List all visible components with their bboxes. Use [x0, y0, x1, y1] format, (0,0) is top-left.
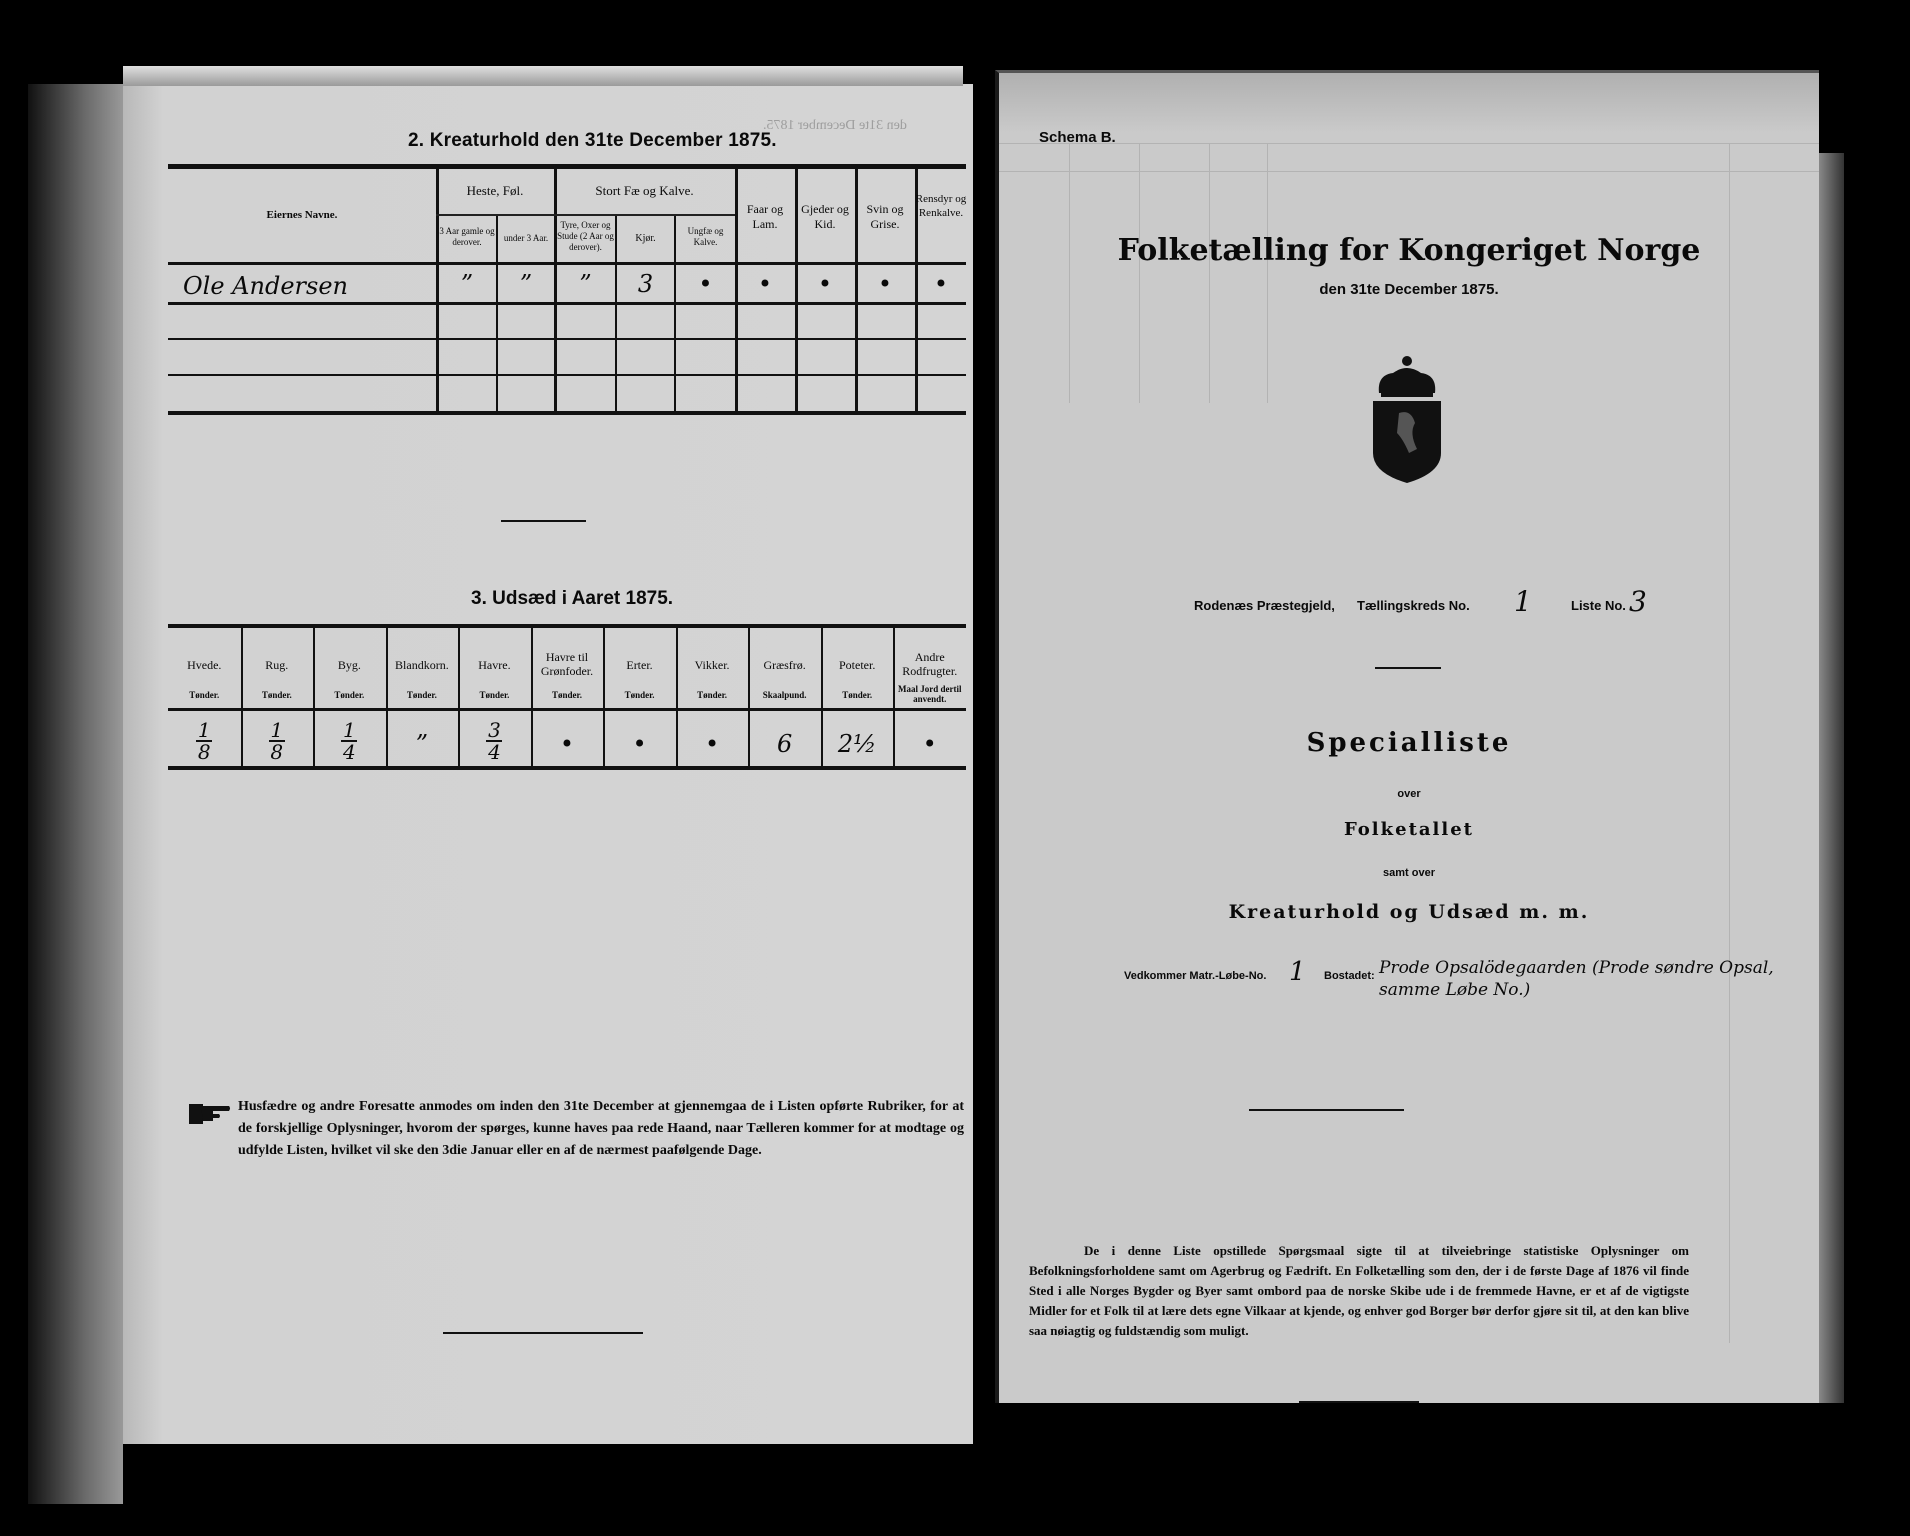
seed-header: Erter.: [603, 658, 676, 672]
header-horses-under3: under 3 Aar.: [498, 232, 554, 245]
seed-value: ”: [386, 730, 459, 758]
header-horses-group: Heste, Føl.: [436, 184, 554, 197]
header-pigs: Svin og Grise.: [855, 202, 915, 232]
seed-header: Havre til Grønfoder.: [531, 650, 604, 678]
table-top-rule: [168, 164, 966, 169]
seed-header: Andre Rodfrugter.: [893, 650, 966, 678]
header-sheep: Faar og Lam.: [735, 202, 795, 232]
separator-rule: [1375, 667, 1441, 669]
list-value: 3: [1629, 585, 1647, 618]
page-stack-edge: [1819, 153, 1844, 1403]
bottom-separator: [1299, 1401, 1419, 1403]
seed-header: Rug.: [241, 658, 314, 672]
table3-header-rule: [168, 708, 966, 711]
cell-sheep: •: [735, 270, 795, 298]
section2-title: 2. Kreaturhold den 31te December 1875.: [408, 130, 777, 152]
seed-value: 14: [313, 720, 386, 762]
fraction-numerator: 1: [269, 720, 285, 742]
cell-cattle-bulls: ”: [556, 270, 615, 298]
fraction-numerator: 1: [196, 720, 212, 742]
subtitle-specialliste: Specialliste: [999, 728, 1819, 758]
subheader-rule: [436, 214, 735, 216]
header-owner: Eiernes Navne.: [168, 209, 436, 222]
ghost-grid: [1139, 143, 1140, 403]
table-row-rule: [168, 374, 966, 376]
seed-header: Byg.: [313, 658, 386, 672]
seed-unit: Tønder.: [386, 690, 459, 700]
cell-cattle-cows: 3: [617, 270, 674, 298]
seed-header: Hvede.: [168, 658, 241, 672]
header-goats: Gjeder og Kid.: [795, 202, 855, 232]
fraction-denominator: 8: [241, 742, 314, 762]
header-reindeer: Rensdyr og Renkalve.: [915, 192, 967, 220]
seed-unit: Tønder.: [313, 690, 386, 700]
header-horses-3plus: 3 Aar gamle og derover.: [438, 226, 496, 248]
separator-rule: [1249, 1109, 1404, 1111]
seed-header: Vikker.: [676, 658, 749, 672]
section3-title: 3. Udsæd i Aaret 1875.: [471, 588, 673, 610]
fraction-denominator: 4: [458, 742, 531, 762]
fraction-numerator: 3: [486, 720, 502, 742]
book-spine: [28, 84, 123, 1504]
seed-header: Blandkorn.: [386, 658, 459, 672]
seed-unit: Tønder.: [458, 690, 531, 700]
parish-label: Rodenæs Præstegjeld,: [1194, 598, 1335, 613]
seed-value: •: [603, 730, 676, 758]
matr-value: 1: [1289, 957, 1306, 987]
seed-value: 18: [168, 720, 241, 762]
subtitle-samt-over: samt over: [999, 867, 1819, 879]
seed-unit: Skaalpund.: [748, 690, 821, 700]
bottom-separator: [443, 1332, 643, 1334]
ghost-grid: [1267, 143, 1268, 403]
seed-unit: Tønder.: [603, 690, 676, 700]
section-separator: [501, 520, 586, 522]
ghost-grid: [1069, 143, 1070, 403]
ghost-grid: [1209, 143, 1210, 403]
seed-header: Havre.: [458, 658, 531, 672]
district-value: 1: [1514, 585, 1532, 618]
seed-value: •: [676, 730, 749, 758]
cell-pigs: •: [855, 270, 915, 298]
subtitle-kreaturhold: Kreaturhold og Udsæd m. m.: [999, 901, 1819, 923]
owner-name: Ole Andersen: [183, 272, 348, 300]
cell-horses-3plus: ”: [438, 270, 496, 298]
district-label: Tællingskreds No.: [1357, 598, 1470, 613]
census-date: den 31te December 1875.: [999, 281, 1819, 298]
pointing-hand-icon: [189, 1102, 231, 1131]
residence-value: Prode Opsalödegaarden (Prode søndre Opsa…: [1379, 957, 1819, 1001]
seed-unit: Tønder.: [821, 690, 894, 700]
seed-value: 2½: [821, 730, 894, 758]
cell-horses-under3: ”: [498, 270, 554, 298]
subtitle-folketallet: Folketallet: [999, 819, 1819, 840]
right-page: Schema B. Folketælling for Kongeriget No…: [995, 70, 1819, 1403]
seed-value: 18: [241, 720, 314, 762]
header-cattle-young: Ungfæ og Kalve.: [676, 226, 735, 248]
notice-text: Husfædre og andre Foresatte anmodes om i…: [238, 1096, 964, 1162]
main-title: Folketælling for Kongeriget Norge: [999, 233, 1819, 268]
table3-top-rule: [168, 624, 966, 628]
fraction-denominator: 4: [313, 742, 386, 762]
table-bottom-rule: [168, 411, 966, 415]
matr-label: Vedkommer Matr.-Løbe-No.: [1124, 970, 1266, 982]
table3-bottom-rule: [168, 766, 966, 770]
footer-text: De i denne Liste opstillede Spørgsmaal s…: [1029, 1241, 1689, 1341]
page-fold: [999, 73, 1819, 133]
fraction-numerator: 1: [341, 720, 357, 742]
cell-cattle-young: •: [676, 270, 735, 298]
seed-header: Græsfrø.: [748, 658, 821, 672]
table-header-rule: [168, 262, 966, 265]
ghost-grid: [999, 143, 1819, 144]
seed-unit: Maal Jord dertil anvendt.: [893, 684, 966, 704]
header-cattle-bulls: Tyre, Oxer og Stude (2 Aar og derover).: [556, 220, 615, 253]
ghost-grid: [999, 171, 1819, 172]
table-row-rule: [168, 338, 966, 340]
seed-unit: Tønder.: [241, 690, 314, 700]
table-row-rule: [168, 302, 966, 305]
seed-value: 34: [458, 720, 531, 762]
residence-label: Bostadet:: [1324, 970, 1375, 982]
seed-unit: Tønder.: [168, 690, 241, 700]
seed-value: 6: [748, 730, 821, 758]
seed-unit: Tønder.: [531, 690, 604, 700]
header-cattle-group: Stort Fæ og Kalve.: [554, 184, 735, 197]
header-cattle-cows: Kjør.: [617, 232, 674, 245]
seed-header: Poteter.: [821, 658, 894, 672]
seed-value: •: [531, 730, 604, 758]
norwegian-coat-of-arms-icon: [1369, 353, 1445, 490]
page-fold: [123, 66, 963, 86]
fraction-denominator: 8: [168, 742, 241, 762]
cell-goats: •: [795, 270, 855, 298]
ghost-mirror-text: den 31te December 1875.: [763, 118, 907, 134]
subtitle-over: over: [999, 788, 1819, 800]
seed-value: •: [893, 730, 966, 758]
seed-unit: Tønder.: [676, 690, 749, 700]
left-page: den 31te December 1875. 2. Kreaturhold d…: [120, 84, 973, 1444]
schema-label: Schema B.: [1039, 129, 1116, 146]
cell-reindeer: •: [915, 270, 967, 298]
list-label: Liste No.: [1571, 598, 1626, 613]
